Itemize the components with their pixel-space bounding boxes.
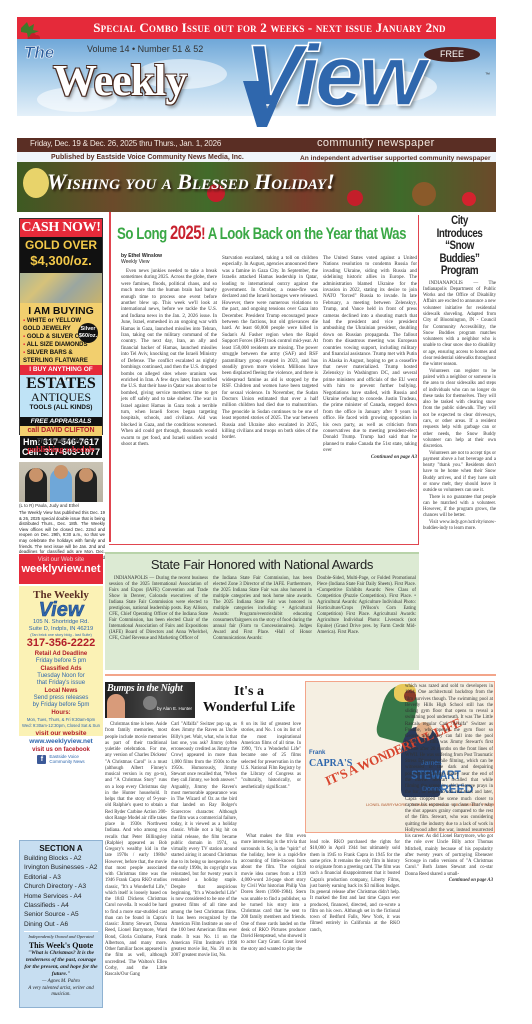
section-item: Editorial - A3 bbox=[24, 873, 98, 882]
holiday-banner: Wishing you a Blessed Holiday! bbox=[17, 162, 496, 212]
buy-anything: I BUY ANYTHING OF VALUE bbox=[20, 365, 102, 375]
bumps-col-5: which was razed and sold to developers i… bbox=[405, 684, 493, 884]
lead-headline: So Long 2025! A Look Back on the Year th… bbox=[117, 223, 406, 245]
lead-article: So Long 2025! A Look Back on the Year th… bbox=[109, 215, 419, 545]
publishing-schedule-header: The Weekly View publishing schedule bbox=[17, 437, 105, 454]
price-badge: FREE bbox=[424, 47, 480, 62]
masthead-weekly: Weekly bbox=[53, 55, 186, 106]
snow-headline: City Introduces “Snow Buddies” Program bbox=[428, 215, 490, 278]
fair-col-3: Double-Sided, Multi-Page, or Folded Prom… bbox=[317, 576, 416, 636]
facebook-icon: f bbox=[37, 755, 46, 764]
gold-jewelry-image bbox=[20, 273, 102, 303]
holiday-greeting: Wishing you a Blessed Holiday! bbox=[47, 169, 335, 195]
bell-icon bbox=[23, 168, 49, 198]
continued-link[interactable]: Continued on page A3 bbox=[405, 878, 493, 884]
bumps-byline: by Alan E. Hunter bbox=[157, 706, 192, 711]
gold-line1: GOLD OVER bbox=[20, 237, 102, 253]
byline: by Ethel WinslowWeekly View bbox=[121, 253, 162, 265]
lead-headline-rest: A Look Back on the Year that Was bbox=[205, 224, 406, 243]
trademark: ™ bbox=[485, 72, 490, 78]
section-item: Senior Source - A5 bbox=[24, 910, 98, 919]
ad-header: CASH NOW! bbox=[20, 219, 102, 237]
office-phone: 317-356-2222 bbox=[19, 637, 103, 650]
contact-info-box: The Weekly View 105 N. Shortridge Rd. Su… bbox=[19, 586, 103, 736]
bumps-in-the-night-banner: Bumps in the Night by Alan E. Hunter bbox=[105, 682, 195, 718]
newspaper-front-page: Special Combo Issue out for 2 weeks - ne… bbox=[17, 17, 496, 1017]
quote-author: — Agnes M. Pahro bbox=[24, 979, 98, 985]
combo-issue-text: Special Combo Issue out for 2 weeks - ne… bbox=[93, 20, 446, 35]
gold-price: $4,300/oz. bbox=[20, 253, 102, 269]
tagline: community newspaper bbox=[317, 137, 435, 149]
masthead-the: The bbox=[24, 43, 54, 63]
buying-header: I AM BUYING bbox=[23, 305, 99, 317]
quote-text: "What is Christmas? It is the tenderness… bbox=[24, 950, 98, 978]
free-appraisals: FREE APPRAISALS bbox=[20, 417, 102, 426]
section-item: Irvington Businesses - A2 bbox=[24, 863, 98, 872]
ornament-icon bbox=[347, 190, 363, 206]
volume-number: Volume 14 • Number 51 & 52 bbox=[87, 44, 203, 54]
estates: ESTATES bbox=[20, 376, 102, 391]
website-url-link[interactable]: www.weeklyview.net bbox=[19, 738, 103, 746]
buy-item: ▪ SILVER BARS & STERLING FLATWARE bbox=[23, 349, 99, 365]
fair-col-1: INDIANAPOLIS — During the recent busines… bbox=[109, 576, 208, 642]
snow-buddies-article: City Introduces “Snow Buddies” Program I… bbox=[423, 215, 496, 532]
website-link[interactable]: weeklyview.net bbox=[19, 563, 103, 575]
issue-dates: Friday, Dec. 19 & Dec. 26, 2025 thru Thu… bbox=[30, 139, 221, 148]
section-title: SECTION A bbox=[24, 844, 98, 854]
antiques: ANTIQUES bbox=[20, 391, 102, 404]
left-sidebar: CASH NOW! GOLD OVER $4,300/oz. I AM BUYI… bbox=[17, 212, 105, 1012]
author-photo bbox=[107, 694, 125, 718]
contact-logo-big: View bbox=[19, 601, 103, 619]
continued-link[interactable]: Continued on page A3 bbox=[323, 455, 417, 461]
bumps-col-3: 8 on its list of greatest love stories, … bbox=[241, 722, 301, 791]
facebook-link[interactable]: f Eastside VoiceCommunity News bbox=[19, 754, 103, 764]
website-box[interactable]: Visit our Web site weeklyview.net bbox=[19, 554, 103, 584]
wonderful-life-headline: It's a Wonderful Life bbox=[201, 684, 297, 716]
section-divider bbox=[105, 674, 496, 676]
combo-issue-banner: Special Combo Issue out for 2 weeks - ne… bbox=[17, 17, 496, 39]
date-band: Friday, Dec. 19 & Dec. 26, 2025 thru Thu… bbox=[17, 138, 496, 152]
moon-icon bbox=[143, 696, 157, 710]
state-fair-article: State Fair Honored with National Awards … bbox=[105, 552, 419, 670]
call-contact: call DAVID CLIFTON bbox=[20, 426, 102, 436]
lead-col-3: The United States voted against a United… bbox=[323, 256, 417, 461]
bumps-col-1: Christmas time is here. Aside from famil… bbox=[105, 722, 167, 978]
publisher: Published by Eastside Voice Community Ne… bbox=[51, 154, 244, 161]
bumps-col-4: lead role. RKO purchased the rights for … bbox=[310, 840, 400, 934]
section-index: SECTION A Building Blocks - A2 Irvington… bbox=[19, 840, 103, 1008]
cash-now-ad: CASH NOW! GOLD OVER $4,300/oz. I AM BUYI… bbox=[19, 218, 103, 435]
pinecone-icon bbox=[412, 182, 436, 206]
tools: TOOLS (ALL KINDS) bbox=[20, 404, 102, 411]
lead-col-1: Even news junkies needed to take a break… bbox=[121, 269, 217, 448]
section-item: Church Directory - A3 bbox=[24, 882, 98, 891]
main-content: So Long 2025! A Look Back on the Year th… bbox=[105, 212, 496, 1012]
silver-price-badge: Silver $60/oz. bbox=[78, 323, 98, 343]
staff-photo bbox=[19, 462, 103, 502]
fair-headline: State Fair Honored with National Awards bbox=[105, 557, 419, 572]
section-item: Classifieds - A4 bbox=[24, 901, 98, 910]
section-item: Home Services - A4 bbox=[24, 892, 98, 901]
bumps-col-3b: What makes the film even more interestin… bbox=[241, 834, 306, 953]
fair-col-2: the Indiana State Fair Commission, has b… bbox=[213, 576, 312, 642]
section-item: Dining Out - A6 bbox=[24, 920, 98, 929]
quote-title: This Week's Quote bbox=[24, 941, 98, 950]
berry-icon bbox=[462, 192, 476, 206]
photo-caption: (L to R) Paula, Judy and Ethel bbox=[19, 503, 79, 508]
lead-col-2: Starvation escalated, taking a toll on c… bbox=[222, 256, 318, 442]
bumps-col-2: Carl "Alfalfa" Switzer pop up, as does J… bbox=[171, 722, 237, 960]
section-item: Building Blocks - A2 bbox=[24, 854, 98, 863]
independent-statement: An independent advertiser supported comm… bbox=[300, 155, 491, 162]
